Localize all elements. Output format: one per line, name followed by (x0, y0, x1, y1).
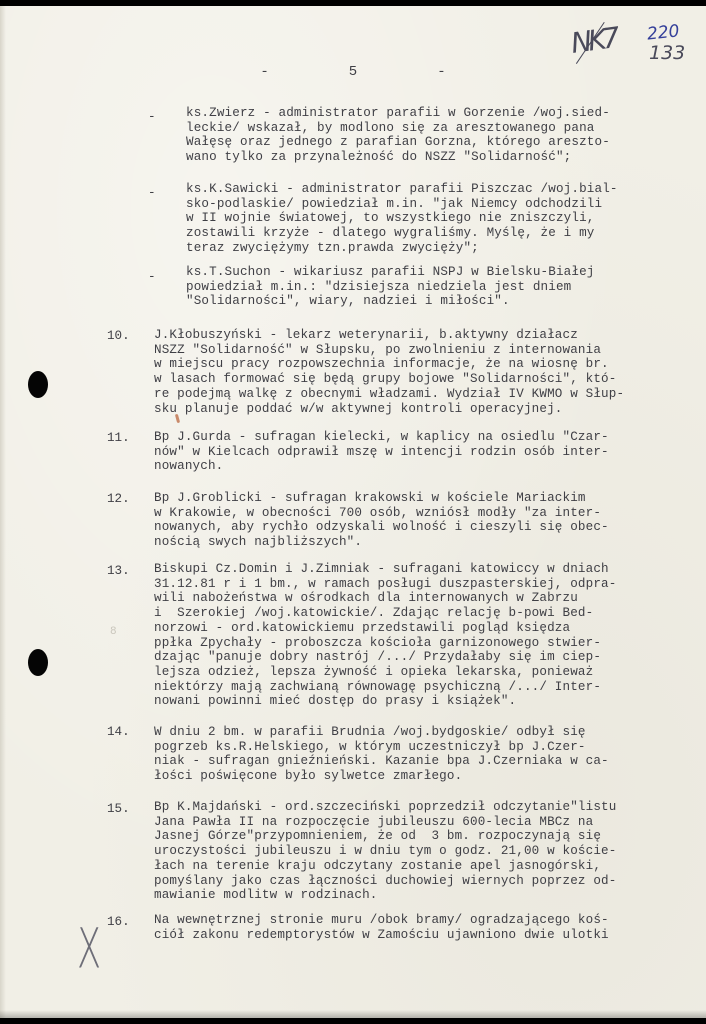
item-text: W dniu 2 bm. w parafii Brudnia /woj.bydg… (154, 725, 609, 784)
dash-bullet: - (148, 270, 156, 285)
text-line: ks.Zwierz - administrator parafii w Gorz… (186, 106, 610, 121)
text-line: pogrzeb ks.R.Helskiego, w którym uczestn… (154, 740, 609, 755)
text-line: 31.12.81 r i 1 bm., w ramach posługi dus… (154, 577, 616, 592)
item-text: Bp J.Gurda - sufragan kielecki, w kaplic… (154, 430, 609, 474)
text-line: nością swych najbliższych". (154, 535, 609, 550)
text-line: Bp J.Gurda - sufragan kielecki, w kaplic… (154, 430, 609, 445)
text-line: re podejmą walkę z obecnymi władzami. Wy… (154, 387, 624, 402)
text-line: Bp K.Majdański - ord.szczeciński poprzed… (154, 800, 616, 815)
text-line: pomyślany jako czas łączności duchowiej … (154, 874, 616, 889)
text-line: ks.T.Suchon - wikariusz parafii NSPJ w B… (186, 265, 595, 280)
text-line: Wałęsę oraz jednego z parafian Gorzna, k… (186, 135, 610, 150)
text-line: norzowi - ord.katowickiemu przedstawili … (154, 621, 616, 636)
page-number-dash: - (401, 64, 481, 80)
text-line: uroczystości jubileuszu i w dniu tym o g… (154, 844, 616, 859)
page-number-header: - 5 - (0, 64, 706, 80)
text-line: niektórzy mają zachwianą równowagę psych… (154, 680, 616, 695)
text-line: i Szerokiej /woj.katowickie/. Zdając rel… (154, 606, 616, 621)
text-line: wano tylko za przynależność do NSZZ "Sol… (186, 150, 610, 165)
punch-hole-icon (28, 371, 48, 398)
text-line: nowani powinni mieć dostęp do prasy i ks… (154, 694, 616, 709)
item-text: Biskupi Cz.Domin i J.Zimniak - sufragani… (154, 562, 616, 709)
page-edge-shadow (0, 6, 6, 1018)
text-line: Jana Pawła II na rozpoczęcie jubileuszu … (154, 815, 616, 830)
item-number: 15. (107, 802, 130, 817)
margin-cross-mark: X (77, 918, 101, 982)
text-line: zostawili krzyże - dlatego wygraliśmy. M… (186, 226, 618, 241)
item-number: 12. (107, 492, 130, 507)
text-line: mawianie modlitw w rodzinach. (154, 888, 616, 903)
text-line: powiedział m.in.: "dzisiejsza niedziela … (186, 280, 595, 295)
text-line: nów" w Kielcach odprawił mszę w intencji… (154, 445, 609, 460)
sub-item-text: ks.Zwierz - administrator parafii w Gorz… (186, 106, 610, 165)
document-page: NK7 220 133 X 8 - 5 - - ks.Zwierz - admi… (0, 6, 706, 1018)
item-number: 11. (107, 431, 130, 446)
text-line: wili nabożeństwa w ośrodkach dla interno… (154, 591, 616, 606)
text-line: J.Kłobuszyński - lekarz weterynarii, b.a… (154, 328, 624, 343)
text-line: w miejscu pracy rozpowszechnia informacj… (154, 357, 624, 372)
text-line: leckie/ wskazał, by modlono się za aresz… (186, 121, 610, 136)
text-line: ks.K.Sawicki - administrator parafii Pis… (186, 182, 618, 197)
page-bottom-shadow (0, 1010, 706, 1018)
punch-hole-icon (28, 649, 48, 676)
item-text: J.Kłobuszyński - lekarz weterynarii, b.a… (154, 328, 624, 416)
text-line: Jasnej Górze"przypomnieniem, że od 3 bm.… (154, 829, 616, 844)
text-line: ppłka Zpychały - proboszcza kościoła gar… (154, 636, 616, 651)
folio-number-pencil: 133 (649, 42, 685, 64)
item-text: Bp K.Majdański - ord.szczeciński poprzed… (154, 800, 616, 903)
text-line: Na wewnętrznej stronie muru /obok bramy/… (154, 913, 609, 928)
text-line: sku planuje poddać w/w aktywnej kontroli… (154, 402, 624, 417)
text-line: lejsza odzież, lepsza żywność i opieka l… (154, 665, 616, 680)
faint-mark: 8 (110, 626, 117, 638)
page-number: 5 (313, 64, 393, 80)
text-line: w II wojnie światowej, to wszystkiego ni… (186, 211, 618, 226)
item-text: Na wewnętrznej stronie muru /obok bramy/… (154, 913, 609, 942)
text-line: Biskupi Cz.Domin i J.Zimniak - sufragani… (154, 562, 616, 577)
item-number: 13. (107, 564, 130, 579)
text-line: W dniu 2 bm. w parafii Brudnia /woj.bydg… (154, 725, 609, 740)
sub-item-text: ks.K.Sawicki - administrator parafii Pis… (186, 182, 618, 256)
text-line: nowanych. (154, 459, 609, 474)
text-line: teraz zwyciężymy tzn.prawda zwycięży"; (186, 241, 618, 256)
sub-item-text: ks.T.Suchon - wikariusz parafii NSPJ w B… (186, 265, 595, 309)
item-number: 16. (107, 915, 130, 930)
text-line: nowanych, aby rychło odzyskali wolność i… (154, 520, 609, 535)
item-text: Bp J.Groblicki - sufragan krakowski w ko… (154, 491, 609, 550)
page-number-dash: - (225, 64, 305, 80)
text-line: sko-podlaskie/ powiedział m.in. "jak Nie… (186, 197, 618, 212)
archive-signature-mark: NK7 (569, 21, 618, 60)
text-line: niak - sufragan gnieźnieński. Kazanie bp… (154, 754, 609, 769)
dash-bullet: - (148, 186, 156, 201)
text-line: łach na terenie kraju odczytany zostanie… (154, 859, 616, 874)
text-line: ciół zakonu redemptorystów w Zamościu uj… (154, 928, 609, 943)
text-line: "Solidarności", wiary, nadziei i miłości… (186, 294, 595, 309)
text-line: w lasach formować się będą grupy bojowe … (154, 372, 624, 387)
text-line: łości poświęcone było sylwetce zmarłego. (154, 769, 609, 784)
text-line: NSZZ "Solidarność" w Słupsku, po zwolnie… (154, 343, 624, 358)
text-line: Bp J.Groblicki - sufragan krakowski w ko… (154, 491, 609, 506)
text-line: w Krakowie, w obecności 700 osób, wzniós… (154, 506, 609, 521)
item-number: 14. (107, 725, 130, 740)
item-number: 10. (107, 329, 130, 344)
dash-bullet: - (148, 110, 156, 125)
text-line: dzając "panuje dobry nastrój /.../ Przyd… (154, 650, 616, 665)
